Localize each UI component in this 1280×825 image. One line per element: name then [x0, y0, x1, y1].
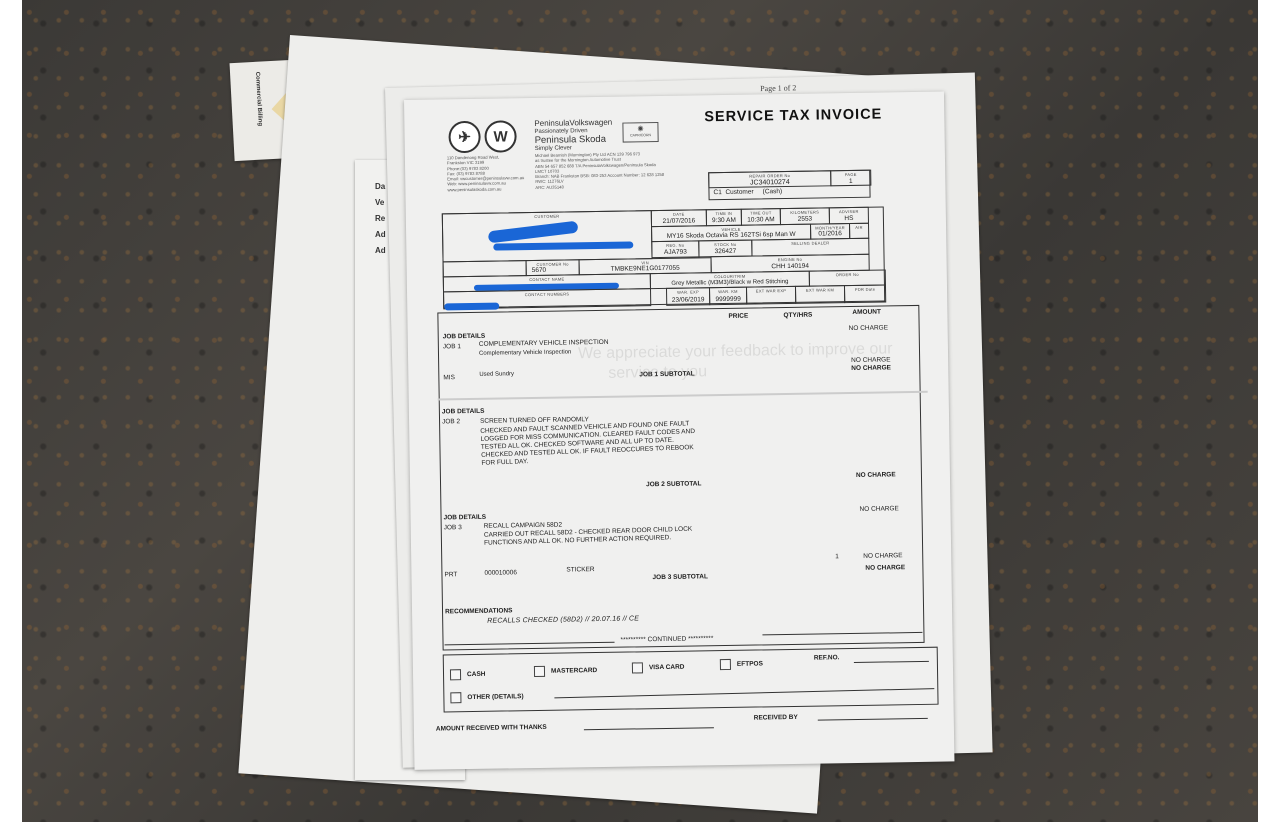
time-in-cell: TIME IN9:30 AM [706, 209, 742, 227]
payment-other[interactable]: OTHER (DETAILS) [450, 691, 523, 703]
job1-line-type: MIS [443, 374, 455, 381]
service-tax-invoice: We appreciate your feedback to improve o… [404, 92, 954, 770]
continued-marker: ********** CONTINUED ********** [620, 635, 713, 643]
redacted-customer-2 [493, 241, 633, 250]
job3-title: RECALL CAMPAIGN 58D2 [484, 522, 562, 530]
ref-no-label: REF.NO. [814, 654, 840, 661]
other-details-field[interactable] [554, 688, 934, 698]
redacted-contact-numbers [444, 303, 499, 311]
customer-type: C1 Customer (Cash) [713, 188, 782, 196]
job3-subtotal: NO CHARGE [865, 564, 905, 572]
column-qty: QTY/HRS [783, 312, 812, 319]
received-by-field[interactable] [818, 718, 928, 721]
brand-block: PeninsulaVolkswagen Passionately Driven … [534, 119, 612, 153]
column-price: PRICE [728, 313, 748, 320]
job3-line-desc: STICKER [566, 566, 594, 573]
side-label-2: Ve [375, 198, 384, 207]
repair-order-cell: REPAIR ORDER No JC34010274 [708, 170, 831, 188]
amount-received-field[interactable] [584, 727, 714, 730]
brand-name-skoda: Peninsula Skoda [535, 134, 613, 146]
job2-description: CHECKED AND FAULT SCANNED VEHICLE AND FO… [480, 420, 696, 468]
paper-fold [438, 391, 928, 401]
vw-logo-icon: W [484, 120, 516, 152]
reg-no-cell: REG. NoAJA793 [651, 240, 699, 258]
invoice-title: SERVICE TAX INVOICE [704, 106, 882, 125]
repair-order-number: JC34010274 [709, 178, 830, 187]
skoda-logo-icon: ✈ [448, 121, 480, 153]
job3-number: JOB 3 [444, 524, 462, 531]
repair-order-box: REPAIR ORDER No JC34010274 PAGE 1 C1 Cus… [708, 170, 870, 201]
job3-line-amount: NO CHARGE [863, 552, 902, 560]
side-label-5: Ad [375, 246, 386, 255]
side-label-3: Re [375, 214, 385, 223]
page-indicator: Page 1 of 2 [760, 83, 796, 93]
job1-title: COMPLEMENTARY VEHICLE INSPECTION [479, 339, 609, 348]
customer-cell: CUSTOMER [442, 210, 653, 262]
column-amount: AMOUNT [852, 309, 881, 316]
job-details-box: PRICE QTY/HRS AMOUNT JOB DETAILS NO CHAR… [437, 305, 924, 651]
side-label-4: Ad [375, 230, 386, 239]
dealer-legal: Michael Beamish (Mornington) Pty Ltd ACN… [535, 151, 665, 190]
job1-amount: NO CHARGE [849, 324, 888, 332]
war-km-cell: WAR. KM9999999 [709, 287, 747, 306]
recommendations-label: RECOMMENDATIONS [445, 607, 513, 615]
job1-section: JOB DETAILS [443, 333, 486, 341]
ext-war-exp-cell: EXT WAR EXP [746, 286, 796, 305]
job3-section: JOB DETAILS [444, 514, 487, 522]
job1-line-desc: Used Sundry [479, 371, 514, 378]
job3-line-type: PRT [444, 571, 457, 578]
adviser-cell: ADVISERHS [829, 207, 869, 225]
job3-amount: NO CHARGE [859, 505, 898, 513]
job1-subtotal-label: JOB 1 SUBTOTAL [639, 370, 694, 378]
page-cell: PAGE 1 [830, 170, 871, 187]
payment-options-box: CASH MASTERCARD VISA CARD EFTPOS REF.NO.… [443, 647, 939, 713]
job2-subtotal-label: JOB 2 SUBTOTAL [646, 480, 701, 488]
pdr-date-cell: PDR Date [844, 284, 886, 303]
checkbox[interactable] [450, 692, 461, 703]
checkbox[interactable] [632, 662, 643, 673]
job1-subtotal: NO CHARGE [851, 364, 891, 372]
amount-received-label: AMOUNT RECEIVED WITH THANKS [436, 724, 547, 733]
payment-mastercard[interactable]: MASTERCARD [534, 665, 597, 677]
payment-cash[interactable]: CASH [450, 669, 486, 681]
received-by-label: RECEIVED BY [754, 714, 798, 722]
card-title: Commercial Billing [254, 72, 263, 127]
contact-numbers-cell: CONTACT NUMBERS [443, 288, 651, 309]
side-label-1: Da [375, 182, 385, 191]
payment-visa[interactable]: VISA CARD [632, 662, 685, 674]
checkbox[interactable] [450, 669, 461, 680]
dealer-address: 110 Dandenong Road West, Frankston VIC 3… [447, 154, 525, 192]
job3-line-code: 000010006 [484, 569, 517, 577]
redacted-customer [488, 221, 579, 244]
job3-line-qty: 1 [835, 553, 839, 560]
recommendations-text: RECALLS CHECKED (58D2) // 20.07.16 // CE [487, 615, 639, 624]
ref-no-field[interactable] [854, 661, 929, 663]
job1-line-amount: NO CHARGE [851, 356, 890, 364]
checkbox[interactable] [534, 666, 545, 677]
vehicle-details-grid: CUSTOMER CUSTOMER No 5670 VIN TMBKE9NE1G… [442, 206, 885, 308]
time-out-cell: TIME OUT10:30 AM [741, 208, 781, 226]
capricorn-badge: ◉CAPRICORN [622, 122, 658, 143]
job3-subtotal-label: JOB 3 SUBTOTAL [652, 573, 707, 581]
ext-war-km-cell: EXT WAR KM [795, 285, 845, 304]
war-exp-cell: WAR. EXP23/06/2019 [666, 287, 710, 306]
checkbox[interactable] [720, 659, 731, 670]
payment-eftpos[interactable]: EFTPOS [720, 658, 763, 670]
job1-description: Complementary Vehicle Inspection [479, 349, 571, 356]
job1-number: JOB 1 [443, 343, 461, 350]
job2-section: JOB DETAILS [442, 408, 485, 416]
job2-number: JOB 2 [442, 418, 460, 425]
brand-name-vw: PeninsulaVolkswagen [534, 119, 612, 129]
air-cell: AIR [849, 223, 869, 239]
job2-subtotal: NO CHARGE [856, 471, 896, 479]
